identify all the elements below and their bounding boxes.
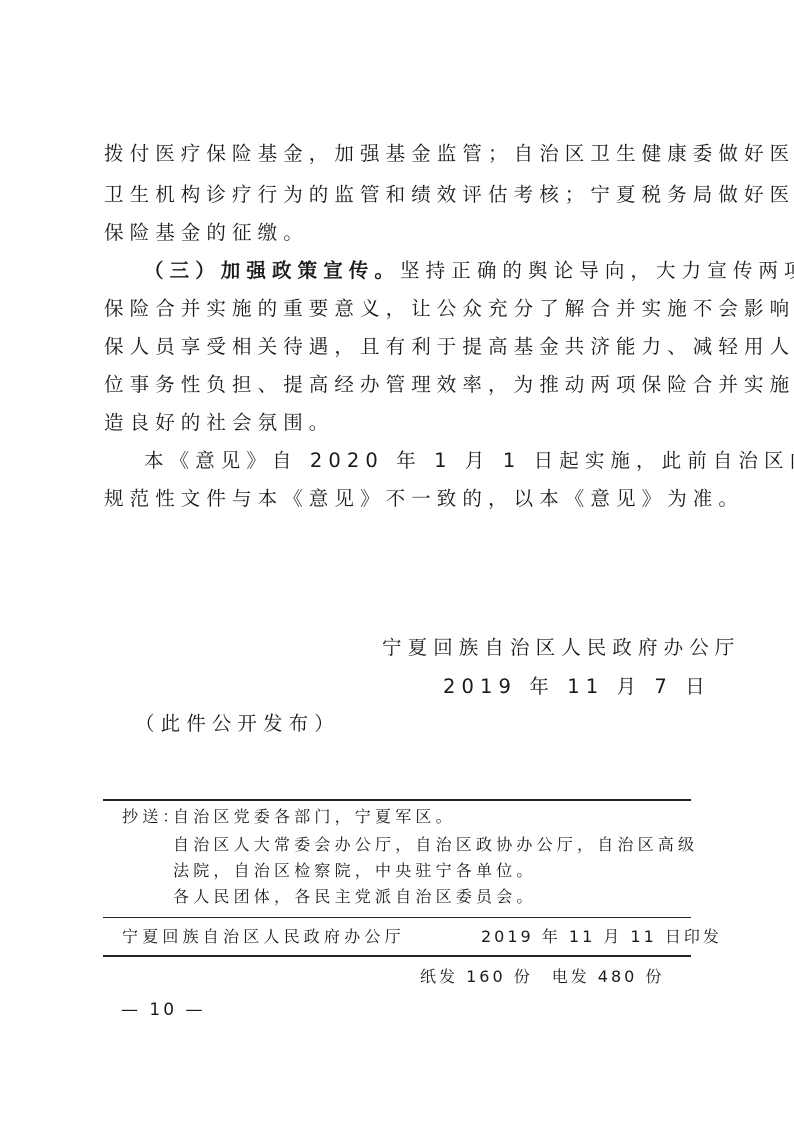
distribution-count: 纸发 160 份 电发 480 份 [420, 967, 664, 987]
copy-to-line: 自治区人大常委会办公厅，自治区政协办公厅，自治区高级 [173, 835, 698, 855]
body-line: 本《意见》自 2020 年 1 月 1 日起实施，此前自治区内行政 [144, 450, 732, 472]
body-line: 保人员享受相关待遇，且有利于提高基金共济能力、减轻用人单 [104, 336, 692, 358]
signature-org: 宁夏回族自治区人民政府办公厅 [382, 637, 740, 659]
signature-date: 2019 年 11 月 7 日 [443, 676, 711, 698]
body-line: （三）加强政策宣传。坚持正确的舆论导向，大力宣传两项 [144, 260, 732, 282]
issuer-org: 宁夏回族自治区人民政府办公厅 [122, 927, 405, 947]
copy-to-line: 各人民团体，各民主党派自治区委员会。 [173, 887, 537, 907]
body-line: 卫生机构诊疗行为的监管和绩效评估考核；宁夏税务局做好医疗 [104, 184, 692, 206]
middle-rule [103, 917, 691, 918]
body-line: 位事务性负担、提高经办管理效率，为推动两项保险合并实施创 [104, 374, 692, 396]
publication-note: （此件公开发布） [135, 713, 340, 735]
issuer-date: 2019 年 11 月 11 日印发 [481, 927, 722, 947]
copy-to-line: 法院，自治区检察院，中央驻宁各单位。 [173, 861, 537, 881]
bottom-rule [103, 955, 691, 957]
document-page: 拨付医疗保险基金，加强基金监管；自治区卫生健康委做好医疗 卫生机构诊疗行为的监管… [0, 0, 794, 1122]
page-number: — 10 — [121, 1000, 205, 1020]
copy-to-line: 自治区党委各部门，宁夏军区。 [173, 807, 456, 827]
section-heading: （三）加强政策宣传。 [144, 259, 400, 282]
body-line: 保险基金的征缴。 [104, 222, 692, 244]
body-line: 保险合并实施的重要意义，让公众充分了解合并实施不会影响参 [104, 298, 692, 320]
body-line: 规范性文件与本《意见》不一致的，以本《意见》为准。 [104, 488, 692, 510]
body-line: 造良好的社会氛围。 [104, 412, 692, 434]
body-line: 拨付医疗保险基金，加强基金监管；自治区卫生健康委做好医疗 [104, 143, 692, 165]
top-rule [103, 799, 691, 801]
